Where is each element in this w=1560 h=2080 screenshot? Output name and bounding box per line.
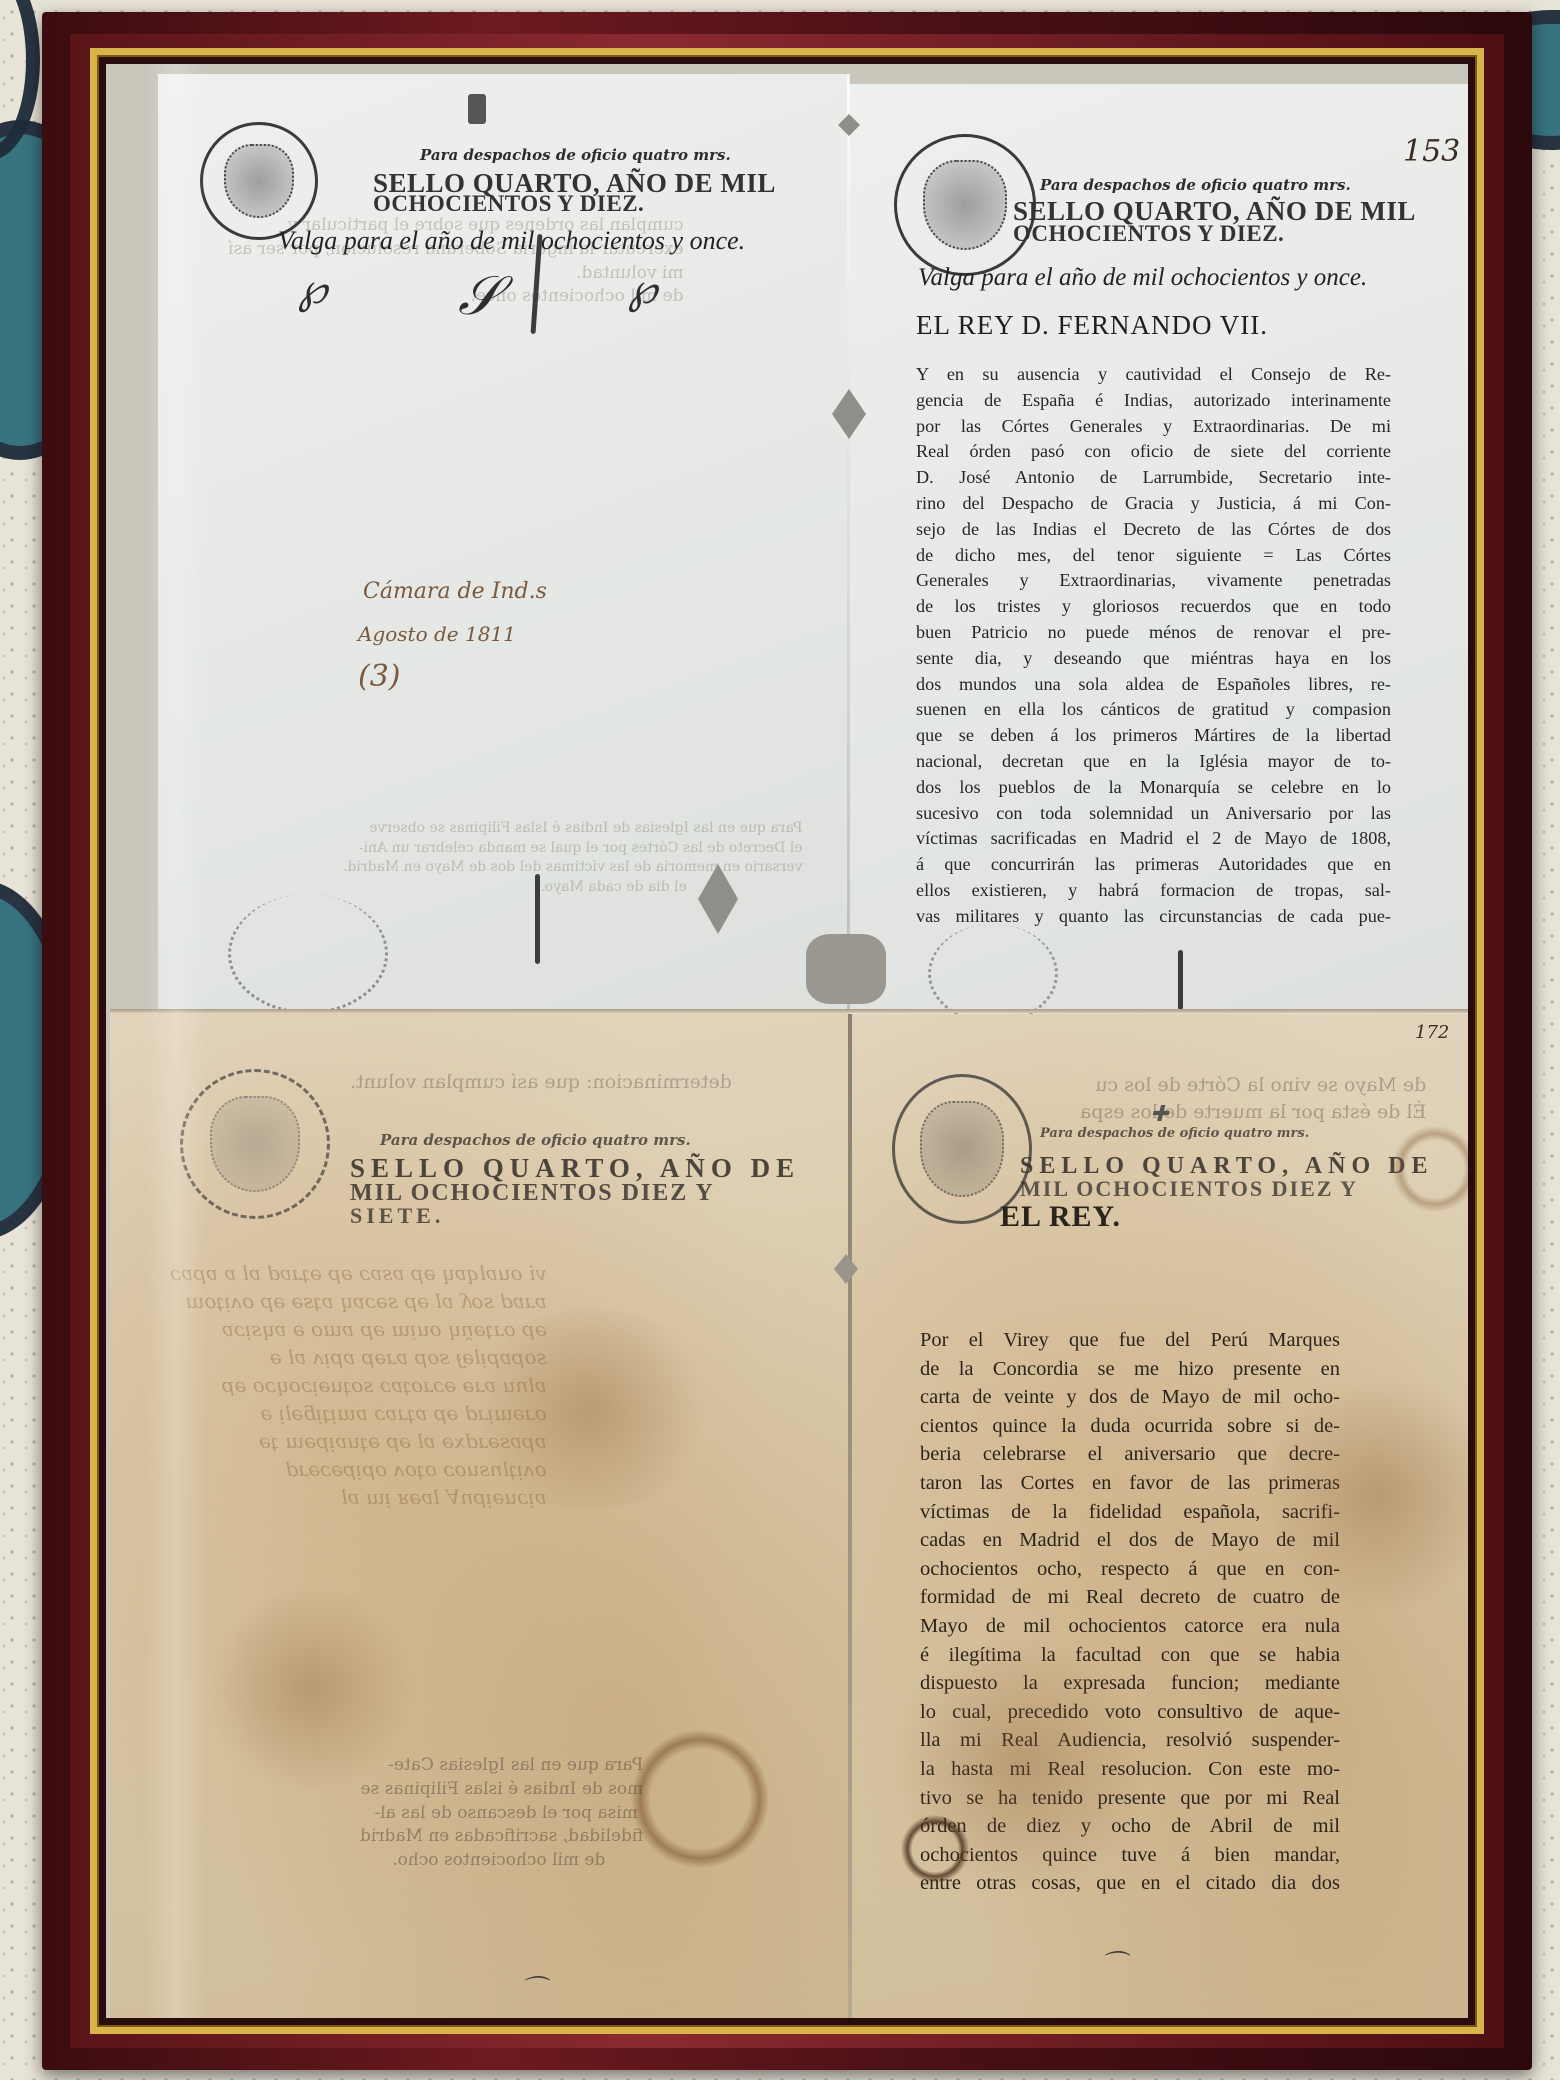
water-stain <box>200 1589 420 1789</box>
text-line: que se deben á los primeros Mártires de … <box>916 723 1391 749</box>
text-line: carta de veinte y dos de Mayo de mil och… <box>920 1383 1340 1412</box>
water-stain <box>460 1309 720 1509</box>
text-line: sucesivo con toda solemnidad un Aniversa… <box>916 801 1391 827</box>
document-title: EL REY. <box>1000 1200 1121 1234</box>
coat-of-arms-icon <box>920 1101 1003 1196</box>
paper-fold <box>848 1014 852 2018</box>
water-stain <box>1390 1124 1468 1214</box>
paper-fold <box>847 74 850 1014</box>
page-bottom-right: 172 de Mayo se vino la Córte de los cu É… <box>850 1014 1468 2018</box>
text-line: nacional, decretan que en la Iglésia may… <box>916 749 1391 775</box>
text-line: ochocientos ocho, respecto á que en con- <box>920 1555 1340 1584</box>
picture-frame: cumplan las ordenes que sobre el particu… <box>42 12 1532 2070</box>
validity-line: Valga para el año de mil ochocientos y o… <box>278 226 745 256</box>
text-line: suenen en ella los cánticos de gratitud … <box>916 697 1391 723</box>
page-top-left: cumplan las ordenes que sobre el particu… <box>158 74 848 1009</box>
fiscal-stamp-line2: MIL OCHOCIENTOS DIEZ Y <box>350 1181 715 1205</box>
text-line: sente dia, y deseando que miéntras haya … <box>916 646 1391 672</box>
text-line: D. José Antonio de Larrumbide, Secretari… <box>916 465 1391 491</box>
fiscal-stamp-line2: MIL OCHOCIENTOS DIEZ Y <box>1020 1178 1358 1200</box>
folio-number: 172 <box>1415 1022 1449 1043</box>
document-title: EL REY D. FERNANDO VII. <box>916 310 1268 341</box>
text-line: sejo de las Indias el Decreto de las Cór… <box>916 517 1391 543</box>
text-line: gencia de España é Indias, autorizado in… <box>916 388 1391 414</box>
text-line: Generales y Extraordinarias, vivamente p… <box>916 568 1391 594</box>
text-line: Mayo de mil ochocientos catorce era nula <box>920 1612 1340 1641</box>
text-line: dos mundos una sola aldea de Españoles l… <box>916 672 1391 698</box>
signature-flourish: ℘ <box>298 264 327 313</box>
text-line: á que concurrirán las primeras Autoridad… <box>916 852 1391 878</box>
faint-seal-impression <box>228 894 388 1009</box>
handwritten-note: (3) <box>358 659 401 694</box>
coat-of-arms-icon <box>224 144 293 218</box>
coat-of-arms-icon <box>210 1096 299 1191</box>
fiscal-stamp-note: Para despachos de oficio quatro mrs. <box>380 1131 691 1149</box>
handwritten-note: Agosto de 1811 <box>358 622 516 646</box>
text-line: de dicho mes, del tenor siguiente = Las … <box>916 543 1391 569</box>
text-line: Y en su ausencia y cautividad el Consejo… <box>916 362 1391 388</box>
fiscal-stamp-note: Para despachos de oficio quatro mrs. <box>1040 1126 1309 1141</box>
page-seam-horizontal <box>110 1009 1468 1013</box>
validity-line: Valga para el año de mil ochocientos y o… <box>918 264 1367 292</box>
faint-royal-seal <box>180 1069 330 1219</box>
fiscal-stamp-line3: SIETE. <box>350 1205 444 1227</box>
signature-flourish: ℘ <box>628 264 657 313</box>
ink-mark: ⌒ <box>520 1969 546 2006</box>
frame-backing: cumplan las ordenes que sobre el particu… <box>106 64 1468 2018</box>
text-line: cientos quince la duda ocurrida sobre si… <box>920 1412 1340 1441</box>
text-line: de la Concordia se me hizo presente en <box>920 1355 1340 1384</box>
handwritten-note: Cámara de Ind.s <box>363 579 547 604</box>
text-line: Por el Virey que fue del Perú Marques <box>920 1326 1340 1355</box>
cross-mark: ✚ <box>1150 1102 1168 1127</box>
coat-of-arms-icon <box>923 160 1007 250</box>
water-stain <box>630 1729 770 1869</box>
ink-blot <box>890 1814 980 1884</box>
ink-stain <box>468 94 486 124</box>
folio-number: 153 <box>1403 134 1460 169</box>
text-line: rino del Despacho de Gracia y Justicia, … <box>916 491 1391 517</box>
paper-damage <box>806 934 886 1004</box>
bleed-through-text: de Mayo se vino la Córte de los cu Él de… <box>1080 1072 1426 1125</box>
fiscal-stamp-note: Para despachos de oficio quatro mrs. <box>1040 176 1351 194</box>
bleed-through-text: Para que en las Iglesias de Indias é Isl… <box>343 819 803 897</box>
bleed-through-text: Para que en las Iglesias Cate- mos de In… <box>360 1754 643 1873</box>
text-line: dos los pueblos de la Monarquía se celeb… <box>916 775 1391 801</box>
page-bottom-left: determinacion: que así cumplan volunt. P… <box>110 1009 850 2018</box>
fiscal-stamp-line2: OCHOCIENTOS Y DIEZ. <box>373 192 644 215</box>
signature-flourish: 𝒮 <box>458 264 500 328</box>
text-line: ellos existieren, y habrá formacion de t… <box>916 878 1391 904</box>
decree-body: Y en su ausencia y cautividad el Consejo… <box>916 362 1391 930</box>
royal-seal-stamp <box>200 122 318 240</box>
fiscal-stamp-line2: OCHOCIENTOS Y DIEZ. <box>1013 222 1284 245</box>
fiscal-stamp-note: Para despachos de oficio quatro mrs. <box>420 146 731 164</box>
text-line: por las Córtes Generales y Extraordinari… <box>916 414 1391 440</box>
text-line: buen Patricio no puede ménos de renovar … <box>916 620 1391 646</box>
text-line: formidad de mi Real decreto de cuatro de <box>920 1583 1340 1612</box>
ink-mark: ⌒ <box>1100 1944 1126 1981</box>
text-line: de los tristes y gloriosos recuerdos que… <box>916 594 1391 620</box>
text-line: Real órden pasó con oficio de siete del … <box>916 439 1391 465</box>
fiscal-stamp-line1: SELLO QUARTO, AÑO DE <box>350 1155 800 1182</box>
ink-stain <box>535 874 540 964</box>
page-top-right: 153 Para despachos de oficio quatro mrs.… <box>848 84 1468 1014</box>
fiscal-stamp-line1: SELLO QUARTO, AÑO DE <box>1020 1154 1433 1178</box>
bleed-through-text: determinacion: que así cumplan volunt. <box>350 1069 732 1096</box>
faint-seal-impression <box>928 924 1058 1014</box>
ink-stroke <box>1178 950 1183 1010</box>
text-line: víctimas sacrificadas en Madrid el 2 de … <box>916 826 1391 852</box>
